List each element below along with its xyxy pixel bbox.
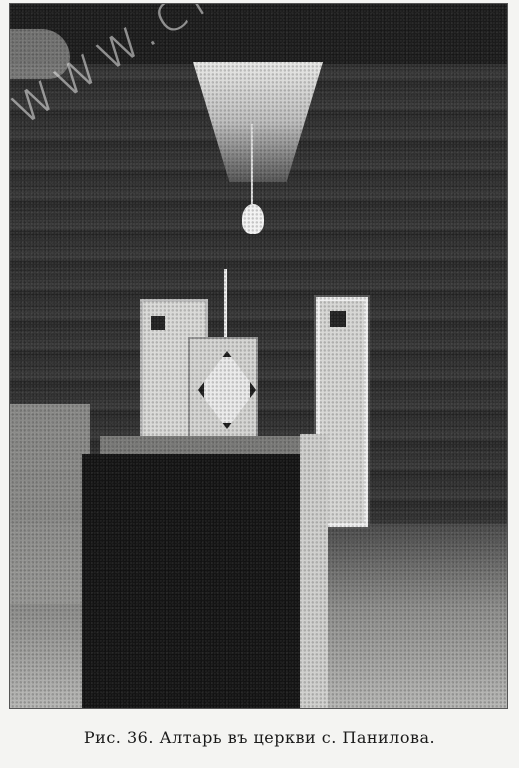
photo-plate: www.crkvi.org — [9, 3, 508, 709]
figure-caption: Рис. 36. Алтарь въ церкви с. Панилова. — [0, 728, 519, 747]
film-grain — [10, 4, 507, 708]
